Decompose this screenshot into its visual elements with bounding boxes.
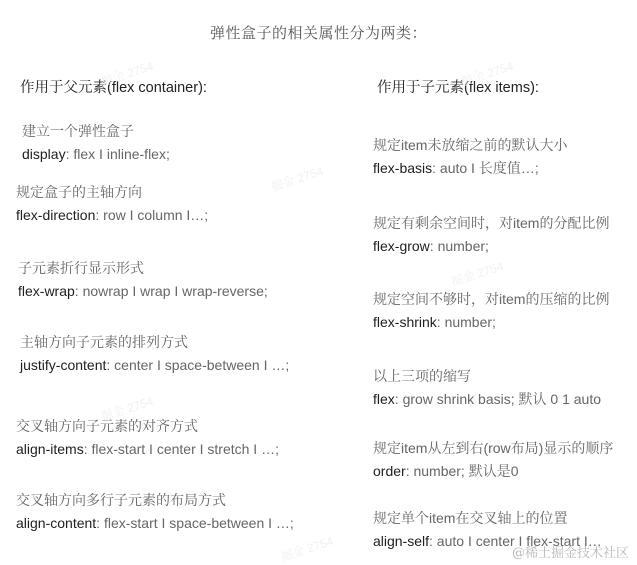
item-description: 子元素折行显示形式 xyxy=(18,258,268,278)
property-values: : row I column I…; xyxy=(95,207,208,223)
item-syntax: justify-content: center I space-between … xyxy=(20,355,289,375)
faint-watermark: 掘金 2754 xyxy=(269,162,326,195)
property-name: display xyxy=(22,146,66,162)
item-syntax: flex-grow: number; xyxy=(373,236,609,256)
faint-watermark: 掘金 2754 xyxy=(449,257,506,290)
property-values: : grow shrink basis; 默认 0 1 auto xyxy=(395,391,601,407)
property-name: flex-direction xyxy=(16,207,95,223)
left-item-flex-wrap: 子元素折行显示形式 flex-wrap: nowrap I wrap I wra… xyxy=(18,258,268,301)
item-syntax: align-items: flex-start I center I stret… xyxy=(16,439,279,459)
item-syntax: flex: grow shrink basis; 默认 0 1 auto xyxy=(373,389,601,409)
item-description: 规定有剩余空间时，对item的分配比例 xyxy=(373,213,609,233)
item-syntax: order: number; 默认是0 xyxy=(373,461,613,481)
item-description: 规定item从左到右(row布局)显示的顺序 xyxy=(373,438,613,458)
item-description: 以上三项的缩写 xyxy=(373,366,601,386)
property-name: flex-shrink xyxy=(373,314,437,330)
item-description: 交叉轴方向子元素的对齐方式 xyxy=(16,416,279,436)
faint-watermark: 掘金 2754 xyxy=(279,532,336,565)
property-name: flex xyxy=(373,391,395,407)
property-name: justify-content xyxy=(20,357,106,373)
property-values: : number; 默认是0 xyxy=(406,463,519,479)
item-syntax: flex-shrink: number; xyxy=(373,312,609,332)
item-description: 规定空间不够时，对item的压缩的比例 xyxy=(373,289,609,309)
item-description: 建立一个弹性盒子 xyxy=(22,121,170,141)
item-syntax: align-content: flex-start I space-betwee… xyxy=(16,513,294,533)
left-item-justify-content: 主轴方向子元素的排列方式 justify-content: center I s… xyxy=(20,332,289,375)
right-column-heading: 作用于子元素(flex items): xyxy=(377,76,539,97)
left-item-align-content: 交叉轴方向多行子元素的布局方式 align-content: flex-star… xyxy=(16,490,294,533)
item-description: 交叉轴方向多行子元素的布局方式 xyxy=(16,490,294,510)
property-name: flex-basis xyxy=(373,160,432,176)
property-name: flex-grow xyxy=(373,238,430,254)
item-syntax: display: flex I inline-flex; xyxy=(22,144,170,164)
property-values: : number; xyxy=(437,314,496,330)
right-item-flex-basis: 规定item未放缩之前的默认大小 flex-basis: auto I 长度值…… xyxy=(373,135,567,178)
property-values: : flex-start I center I stretch I …; xyxy=(84,441,279,457)
property-values: : auto I 长度值…; xyxy=(432,160,539,176)
item-description: 规定单个item在交叉轴上的位置 xyxy=(373,508,602,528)
item-syntax: flex-direction: row I column I…; xyxy=(16,205,208,225)
property-name: flex-wrap xyxy=(18,283,75,299)
property-values: : flex-start I space-between I …; xyxy=(96,515,294,531)
property-values: : center I space-between I …; xyxy=(106,357,289,373)
source-watermark: @稀土掘金技术社区 xyxy=(512,542,629,561)
left-item-align-items: 交叉轴方向子元素的对齐方式 align-items: flex-start I … xyxy=(16,416,279,459)
item-description: 主轴方向子元素的排列方式 xyxy=(20,332,289,352)
right-item-flex: 以上三项的缩写 flex: grow shrink basis; 默认 0 1 … xyxy=(373,366,601,409)
property-values: : number; xyxy=(430,238,489,254)
left-item-display: 建立一个弹性盒子 display: flex I inline-flex; xyxy=(22,121,170,164)
property-name: align-content xyxy=(16,515,96,531)
property-name: align-self xyxy=(373,533,429,549)
page-title: 弹性盒子的相关属性分为两类： xyxy=(0,22,637,43)
item-syntax: flex-wrap: nowrap I wrap I wrap-reverse; xyxy=(18,281,268,301)
item-description: 规定item未放缩之前的默认大小 xyxy=(373,135,567,155)
property-values: : flex I inline-flex; xyxy=(66,146,170,162)
left-item-flex-direction: 规定盒子的主轴方向 flex-direction: row I column I… xyxy=(16,182,208,225)
property-values: : nowrap I wrap I wrap-reverse; xyxy=(75,283,268,299)
property-name: align-items xyxy=(16,441,84,457)
right-item-flex-shrink: 规定空间不够时，对item的压缩的比例 flex-shrink: number; xyxy=(373,289,609,332)
right-item-order: 规定item从左到右(row布局)显示的顺序 order: number; 默认… xyxy=(373,438,613,481)
property-name: order xyxy=(373,463,406,479)
item-description: 规定盒子的主轴方向 xyxy=(16,182,208,202)
item-syntax: flex-basis: auto I 长度值…; xyxy=(373,158,567,178)
right-item-flex-grow: 规定有剩余空间时，对item的分配比例 flex-grow: number; xyxy=(373,213,609,256)
